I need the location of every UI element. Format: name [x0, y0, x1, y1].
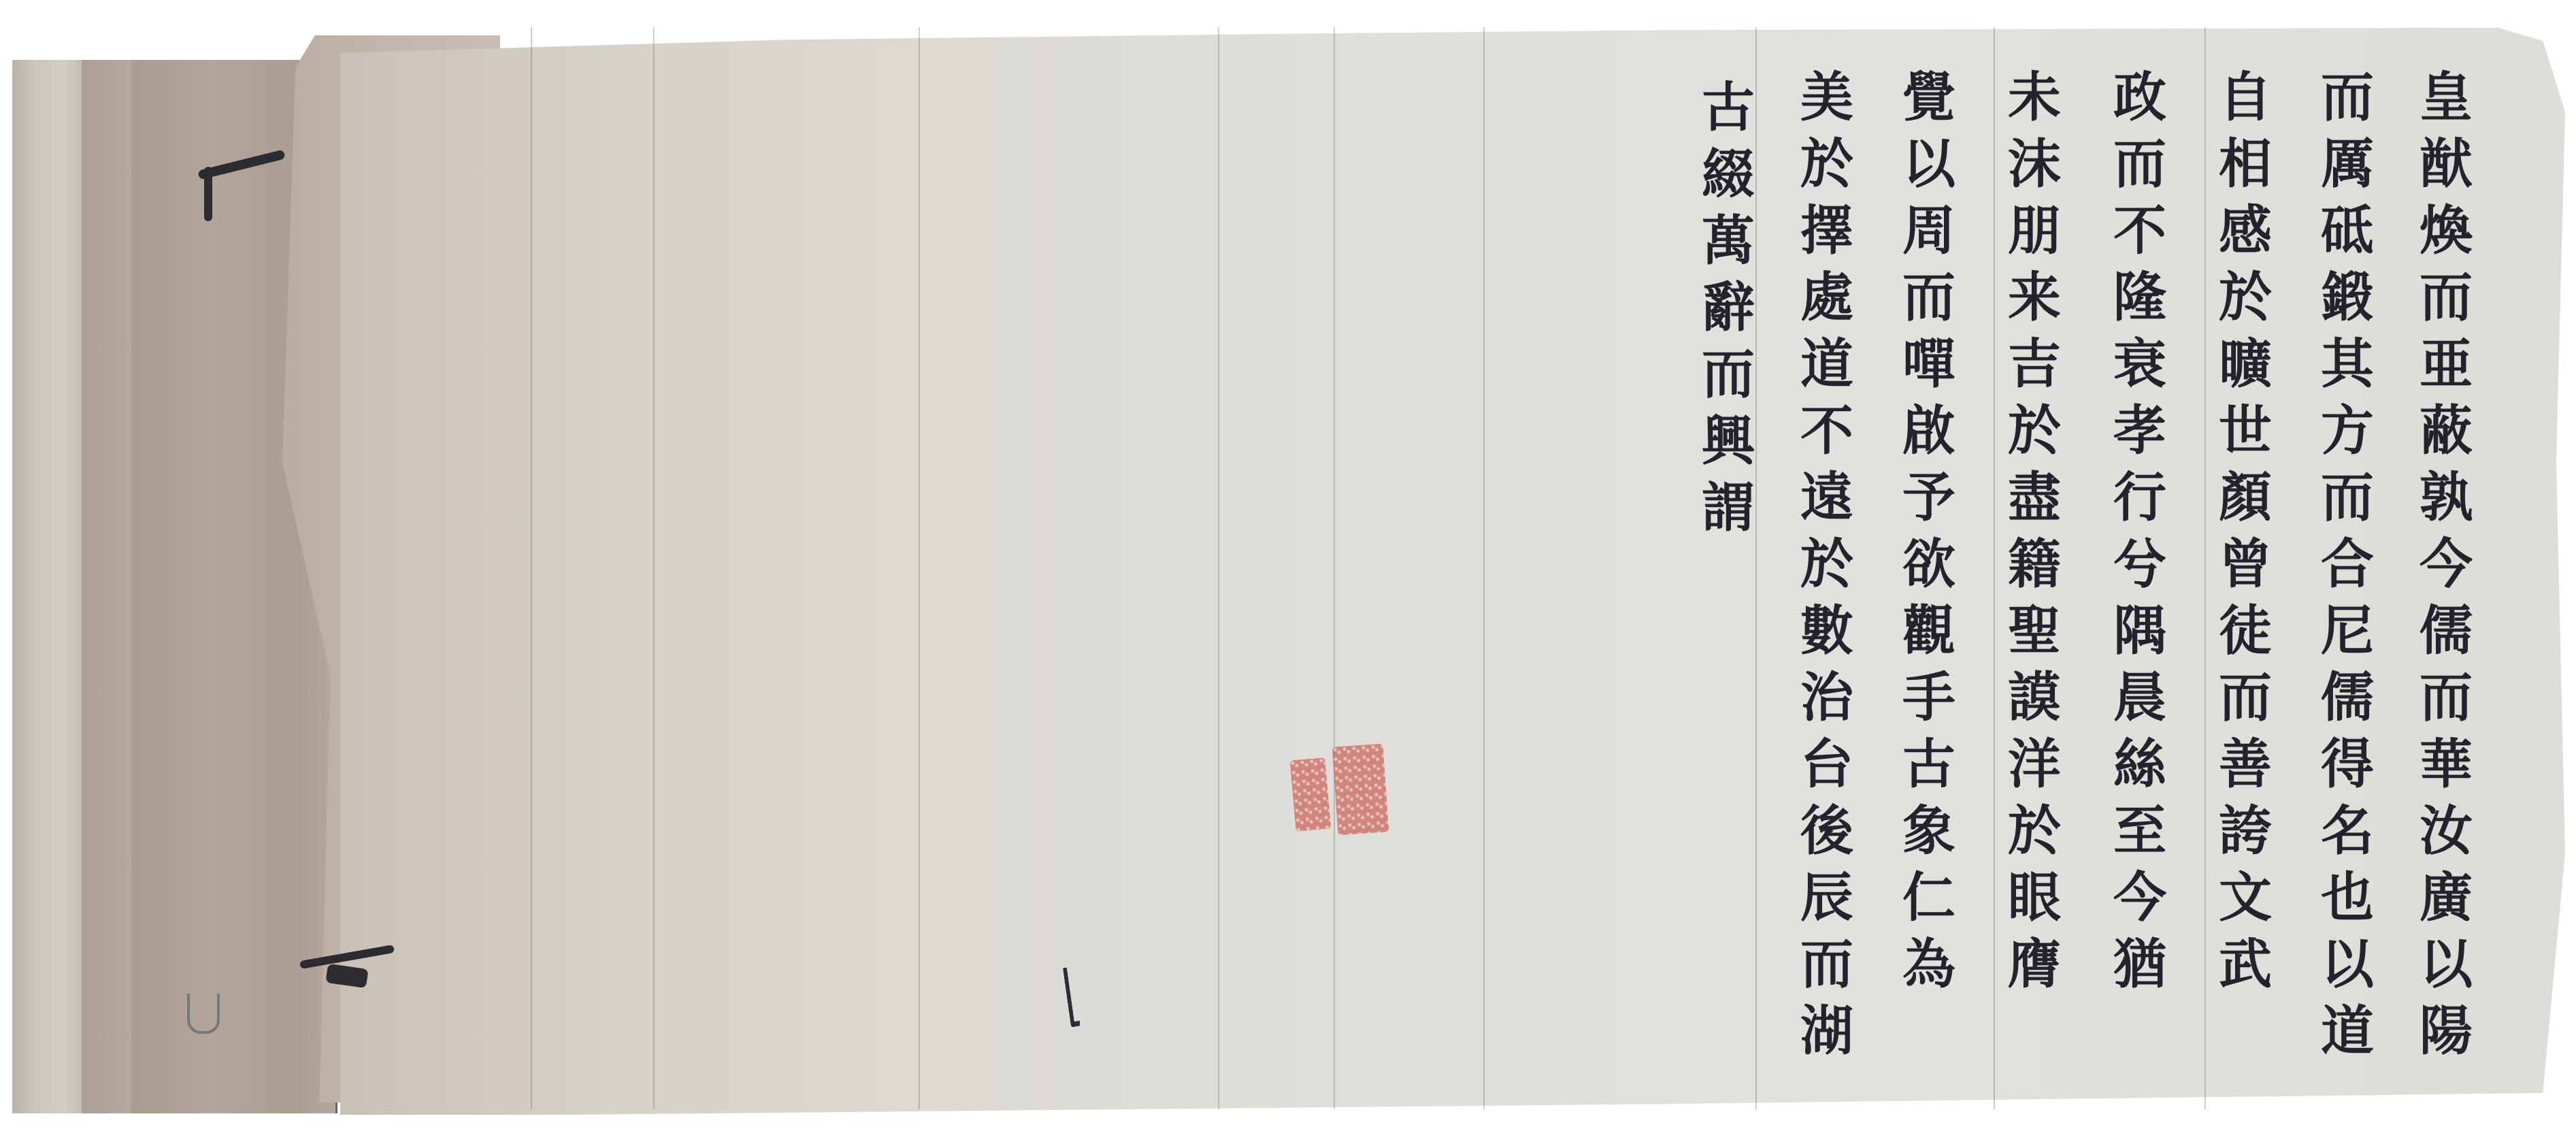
fold-line: [1483, 27, 1485, 1109]
character: 晨: [2113, 672, 2166, 738]
character: 而: [2420, 672, 2473, 738]
character: 善: [2219, 738, 2272, 805]
character: 嘽: [1902, 338, 1955, 405]
character: 皇: [2420, 71, 2473, 138]
text-column-5: 未沫朋来吉於盡籍聖謨洋於眼膺: [2004, 71, 2065, 1005]
character: 道: [1800, 338, 1853, 405]
character: 今: [2420, 538, 2473, 605]
character: 而: [2321, 472, 2374, 538]
character: 辰: [1800, 872, 1853, 938]
character: 政: [2113, 71, 2166, 138]
character: 而: [2321, 71, 2374, 138]
thread-loop-icon: [187, 994, 220, 1034]
text-column-1: 皇猷煥而亜蔽孰今儒而華汝廣以陽: [2415, 71, 2477, 1072]
character: 未: [2008, 71, 2061, 138]
character: 眼: [2008, 872, 2061, 938]
fold-line: [653, 27, 655, 1109]
character: 仁: [1902, 872, 1955, 938]
character: 絲: [2113, 738, 2166, 805]
character: 謨: [2008, 672, 2061, 738]
text-column-6: 覺以周而嘽啟予欲觀手古象仁為: [1898, 71, 1960, 1005]
character: 合: [2321, 538, 2374, 605]
character: 籍: [2008, 538, 2061, 605]
fold-line: [2205, 27, 2206, 1109]
character: 萬: [1702, 215, 1755, 282]
character: 武: [2219, 938, 2272, 1005]
red-seal-icon: [1293, 745, 1388, 834]
character: 相: [2219, 138, 2272, 205]
character: 曠: [2219, 338, 2272, 405]
character: 聖: [2008, 605, 2061, 672]
character: 猷: [2420, 138, 2473, 205]
character: 儒: [2321, 672, 2374, 738]
character: 美: [1800, 71, 1853, 138]
character: 沫: [2008, 138, 2061, 205]
character: 今: [2113, 872, 2166, 938]
character: 以: [2321, 938, 2374, 1005]
character: 而: [2113, 138, 2166, 205]
character: 而: [2219, 672, 2272, 738]
character: 衰: [2113, 338, 2166, 405]
character: 文: [2219, 872, 2272, 938]
character: 湖: [1800, 1005, 1853, 1072]
character: 而: [2420, 272, 2473, 338]
character: 鍛: [2321, 272, 2374, 338]
character: 朋: [2008, 205, 2061, 272]
character: 曾: [2219, 538, 2272, 605]
character: 手: [1902, 672, 1955, 738]
character: 儒: [2420, 605, 2473, 672]
character: 治: [1800, 672, 1853, 738]
character: 世: [2219, 405, 2272, 472]
character: 古: [1702, 82, 1755, 148]
character: 名: [2321, 805, 2374, 872]
fold-line: [1994, 27, 1995, 1109]
character: 尼: [2321, 605, 2374, 672]
character: 方: [2321, 405, 2374, 472]
character: 而: [1702, 348, 1755, 415]
character: 於: [2219, 272, 2272, 338]
text-column-3: 自相感於曠世顏曾徒而善誇文武: [2215, 71, 2276, 1005]
character: 而: [1800, 938, 1853, 1005]
character: 陽: [2420, 1005, 2473, 1072]
character: 於: [2008, 405, 2061, 472]
character: 行: [2113, 472, 2166, 538]
character: 誇: [2219, 805, 2272, 872]
character: 亜: [2420, 338, 2473, 405]
character: 膺: [2008, 938, 2061, 1005]
character: 盡: [2008, 472, 2061, 538]
character: 猶: [2113, 938, 2166, 1005]
fold-line: [1334, 27, 1335, 1109]
character: 孰: [2420, 472, 2473, 538]
fold-line: [919, 27, 920, 1109]
character: 周: [1902, 205, 1955, 272]
fold-line: [1218, 27, 1219, 1109]
binding-strip: [82, 60, 133, 1113]
character: 得: [2321, 738, 2374, 805]
character: 覺: [1902, 71, 1955, 138]
manuscript-scroll: 皇猷煥而亜蔽孰今儒而華汝廣以陽 而厲砥鍛其方而合尼儒得名也以道 自相感於曠世顏曾…: [0, 0, 2576, 1127]
character: 以: [1902, 138, 1955, 205]
character: 至: [2113, 805, 2166, 872]
character: 煥: [2420, 205, 2473, 272]
character: 擇: [1800, 205, 1853, 272]
character: 觀: [1902, 605, 1955, 672]
character: 後: [1800, 805, 1853, 872]
character: 汝: [2420, 805, 2473, 872]
character: 廣: [2420, 872, 2473, 938]
character: 砥: [2321, 205, 2374, 272]
character: 遠: [1800, 472, 1853, 538]
character: 於: [1800, 138, 1853, 205]
character: 處: [1800, 272, 1853, 338]
text-column-2: 而厲砥鍛其方而合尼儒得名也以道: [2317, 71, 2378, 1072]
character: 興: [1702, 415, 1755, 482]
character: 兮: [2113, 538, 2166, 605]
binding-strip-light: [30, 60, 84, 1113]
binding-string-icon: [204, 167, 212, 221]
character: 台: [1800, 738, 1853, 805]
character: 蔽: [2420, 405, 2473, 472]
character: 其: [2321, 338, 2374, 405]
character: 辭: [1702, 282, 1755, 348]
character: 不: [2113, 205, 2166, 272]
character: 顏: [2219, 472, 2272, 538]
character: 謂: [1702, 482, 1755, 549]
character: 隆: [2113, 272, 2166, 338]
character: 於: [2008, 805, 2061, 872]
character: 也: [2321, 872, 2374, 938]
character: 象: [1902, 805, 1955, 872]
character: 自: [2219, 71, 2272, 138]
character: 古: [1902, 738, 1955, 805]
fold-line: [531, 27, 532, 1109]
character: 為: [1902, 938, 1955, 1005]
character: 来: [2008, 272, 2061, 338]
character: 徒: [2219, 605, 2272, 672]
character: 而: [1902, 272, 1955, 338]
character: 以: [2420, 938, 2473, 1005]
character: 道: [2321, 1005, 2374, 1072]
character: 華: [2420, 738, 2473, 805]
character: 吉: [2008, 338, 2061, 405]
character: 予: [1902, 472, 1955, 538]
character: 欲: [1902, 538, 1955, 605]
text-column-8: 古綴萬辭而興謂: [1698, 82, 1759, 549]
text-column-4: 政而不隆衰孝行兮隅晨絲至今猶: [2109, 71, 2170, 1005]
character: 洋: [2008, 738, 2061, 805]
character: 厲: [2321, 138, 2374, 205]
character: 感: [2219, 205, 2272, 272]
character: 於: [1800, 538, 1853, 605]
text-column-7: 美於擇處道不遠於數治台後辰而湖: [1796, 71, 1857, 1072]
character: 不: [1800, 405, 1853, 472]
character: 啟: [1902, 405, 1955, 472]
character: 綴: [1702, 148, 1755, 215]
character: 孝: [2113, 405, 2166, 472]
character: 隅: [2113, 605, 2166, 672]
character: 數: [1800, 605, 1853, 672]
